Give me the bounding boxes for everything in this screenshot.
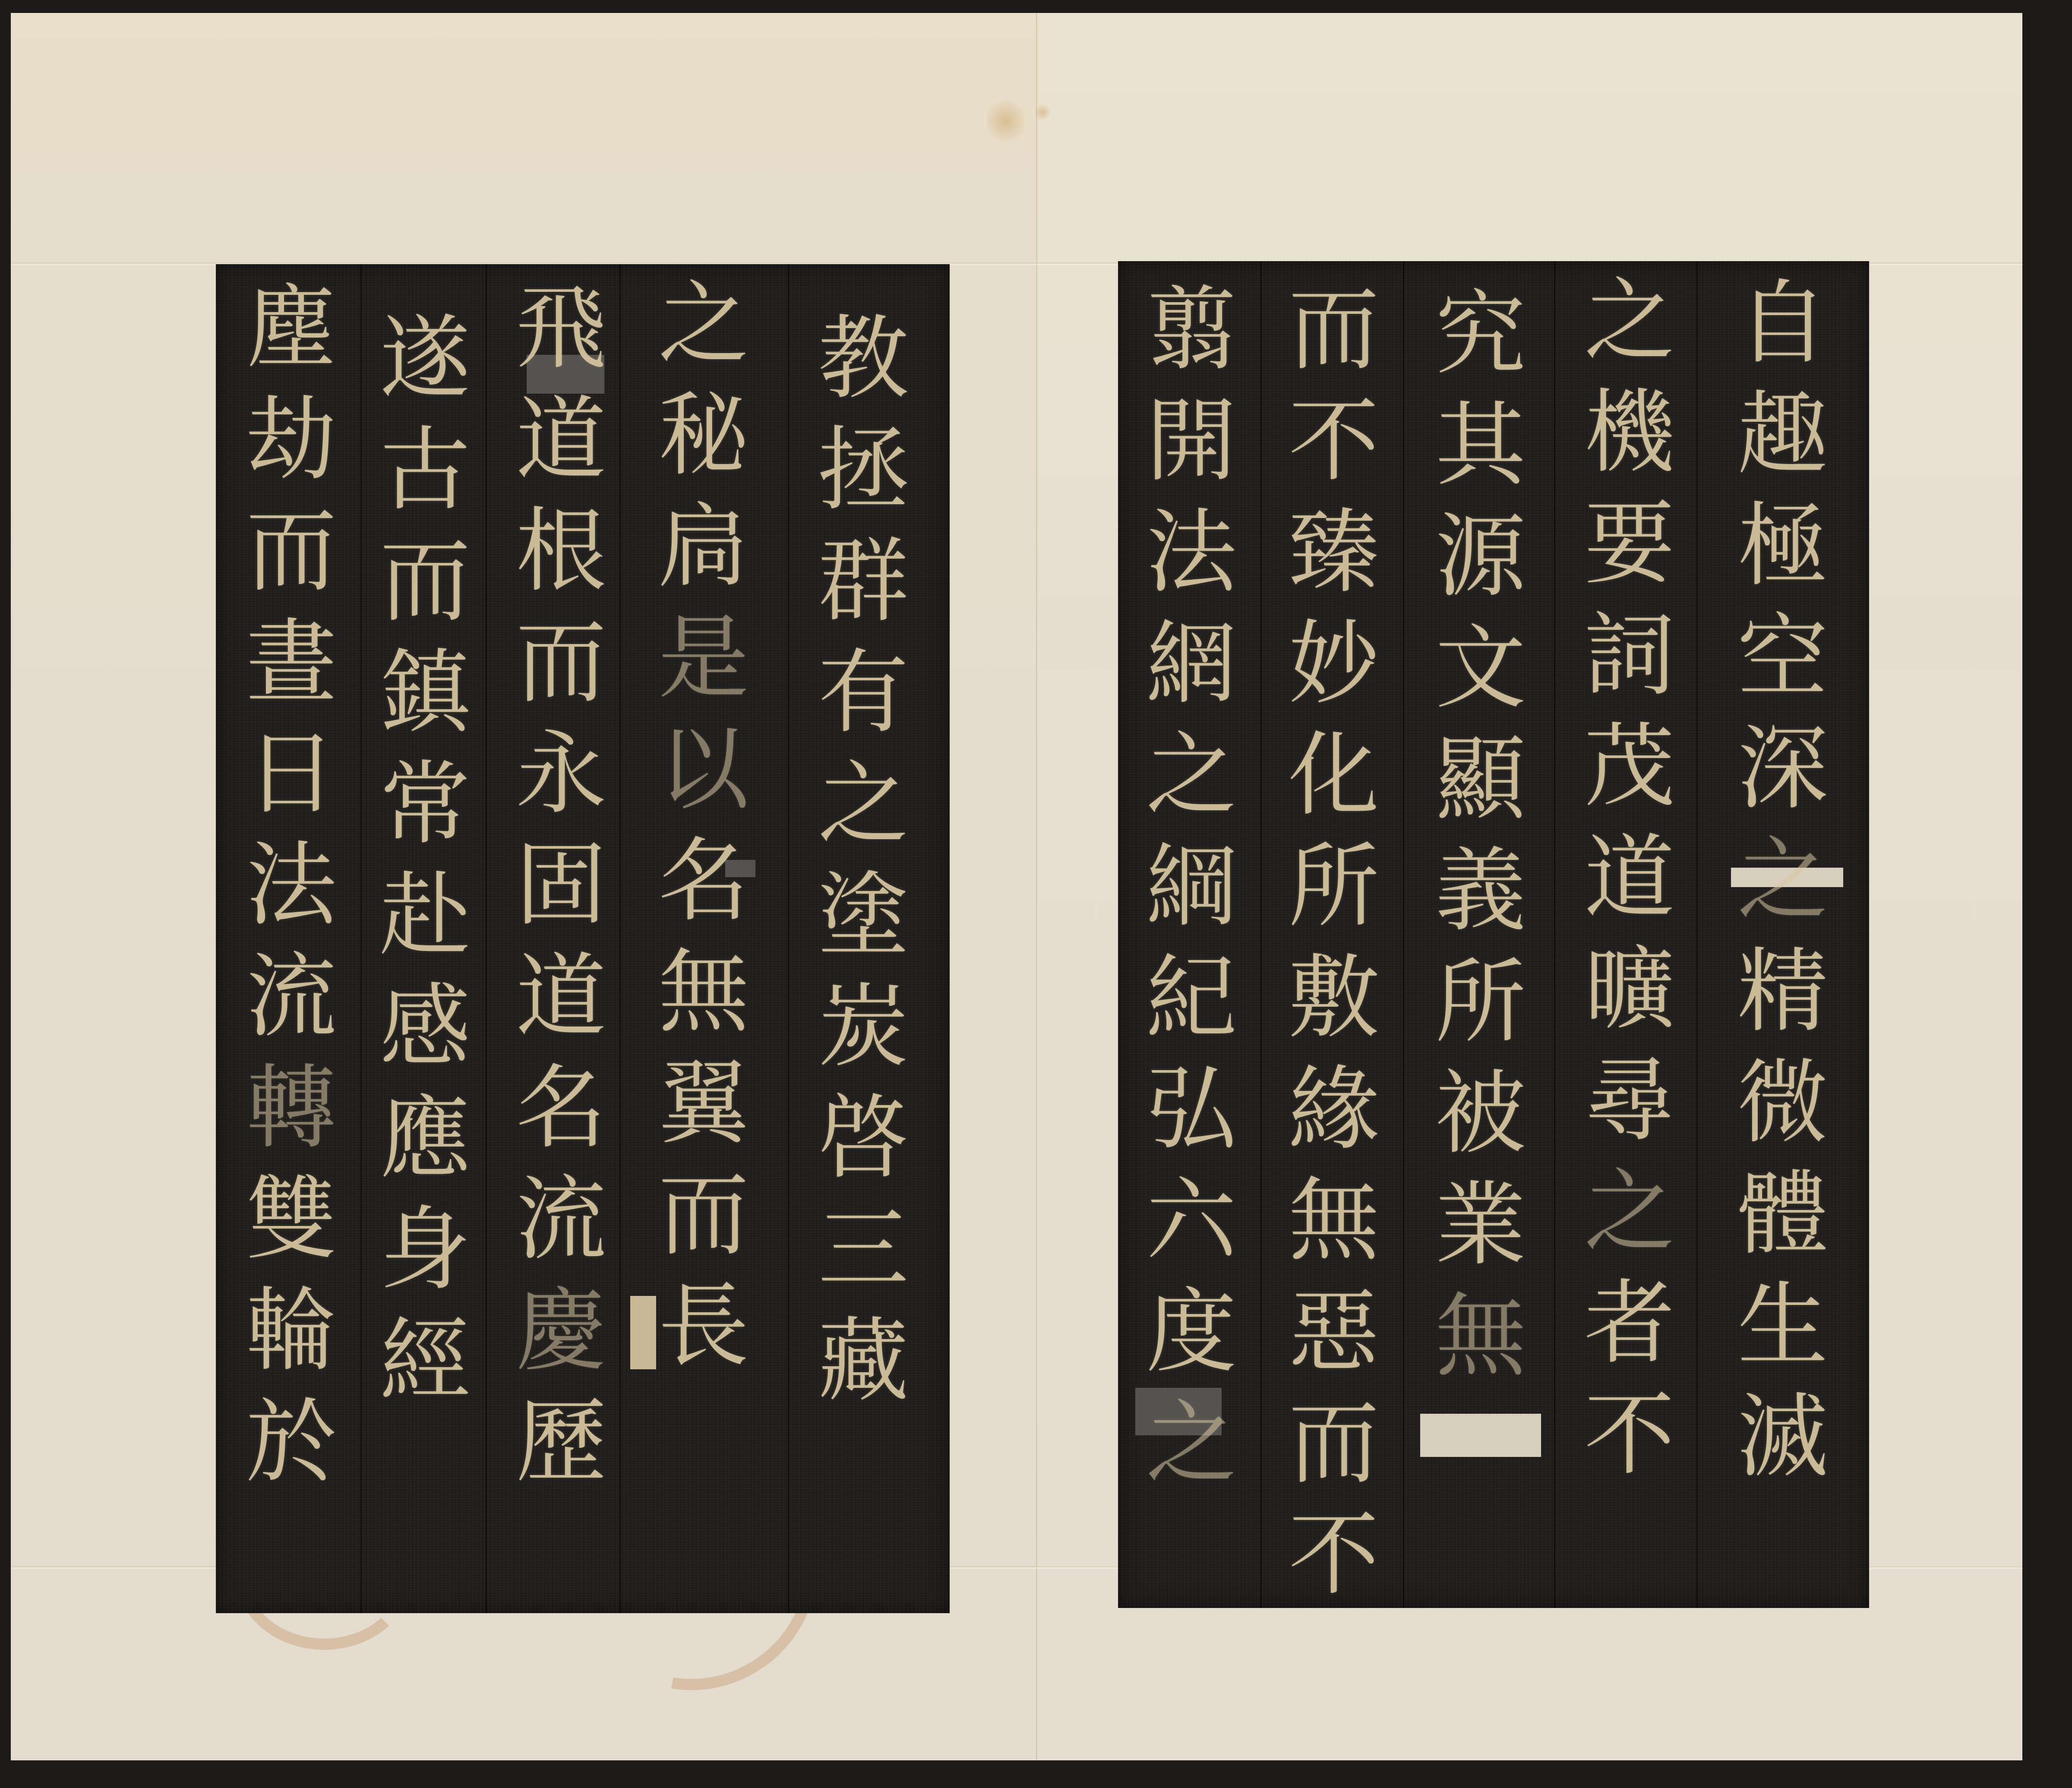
character: 網	[1146, 608, 1237, 720]
strip-seam	[788, 264, 789, 1613]
left-column-4: 遂 古 而 鎮 常 赴 感 應 身 經	[363, 264, 488, 1613]
character: 自	[1737, 268, 1828, 379]
character: 惡	[1289, 1276, 1379, 1388]
character: 敷	[1289, 942, 1379, 1054]
character: 無	[1289, 1165, 1379, 1276]
character: 是	[658, 603, 749, 714]
character: 三	[818, 1194, 909, 1305]
character: 流	[516, 1164, 606, 1275]
character: 度	[1146, 1276, 1237, 1388]
strip-seam	[1260, 261, 1262, 1608]
character: 翼	[658, 1048, 749, 1159]
character: 扃	[658, 491, 749, 603]
character: 轉	[246, 1052, 337, 1164]
character: 之	[1146, 1388, 1237, 1499]
right-rubbing-panel: 自 趣 極 空 深 之 精 微 體 生 滅 之 機 要 詞 茂 道 曠 尋 之 …	[1118, 261, 1869, 1608]
character: 雙	[246, 1164, 337, 1275]
character: 而	[658, 1159, 749, 1271]
strip-seam	[1403, 261, 1404, 1608]
right-column-1: 自 趣 極 空 深 之 精 微 體 生 滅	[1705, 261, 1860, 1608]
character: 固	[516, 830, 606, 941]
character: 不	[1584, 1379, 1675, 1491]
character: 被	[1435, 1058, 1526, 1169]
left-column-3: 飛 道 根 而 永 固 道 名 流 慶 歷	[496, 264, 626, 1613]
character: 無	[658, 937, 749, 1048]
character: 精	[1737, 936, 1828, 1047]
character: 弘	[1146, 1054, 1237, 1165]
character: 之	[1737, 825, 1828, 936]
character: 赴	[380, 860, 471, 971]
left-column-2: 之 秘 扃 是 以 名 無 翼 而 長	[630, 264, 777, 1613]
character: 詞	[1584, 600, 1675, 711]
character: 道	[516, 384, 606, 496]
character: 輪	[246, 1275, 337, 1387]
character: 微	[1737, 1047, 1828, 1159]
character: 於	[246, 1387, 337, 1498]
character: 應	[380, 1083, 471, 1194]
character: 教	[818, 303, 909, 414]
character: 身	[380, 1194, 471, 1305]
left-column-5: 塵 劫 而 晝 日 法 流 轉 雙 輪 於	[229, 264, 354, 1613]
character: 妙	[1289, 608, 1379, 720]
character: 有	[818, 637, 909, 749]
character: 而	[246, 496, 337, 607]
center-crease	[1036, 13, 1037, 1760]
character: 飛	[516, 273, 606, 384]
character: 所	[1289, 831, 1379, 942]
strip-seam	[360, 264, 362, 1613]
character: 名	[658, 825, 749, 937]
character: 拯	[818, 414, 909, 526]
character: 翦	[1146, 274, 1237, 385]
character: 之	[658, 269, 749, 380]
character: 體	[1737, 1159, 1828, 1270]
character: 化	[1289, 720, 1379, 831]
right-column-3: 究 其 源 文 顯 義 所 被 業 無	[1412, 261, 1550, 1608]
character: 者	[1584, 1268, 1675, 1379]
strip-seam	[1696, 261, 1698, 1608]
character: 而	[1289, 274, 1379, 385]
character: 晝	[246, 607, 337, 718]
strip-seam	[1554, 261, 1555, 1608]
character: 生	[1737, 1270, 1828, 1381]
character: 其	[1435, 390, 1526, 501]
character: 源	[1435, 501, 1526, 613]
character: 常	[380, 749, 471, 860]
character: 永	[516, 718, 606, 830]
character: 流	[246, 941, 337, 1052]
character: 炭	[818, 971, 909, 1083]
character: 尋	[1584, 1045, 1675, 1156]
character: 塗	[818, 860, 909, 971]
character: 名	[516, 1052, 606, 1164]
character: 根	[516, 496, 606, 607]
character: 藏	[818, 1305, 909, 1417]
character: 而	[380, 526, 471, 637]
right-column-2: 之 機 要 詞 茂 道 曠 尋 之 者 不	[1563, 261, 1696, 1608]
character: 之	[1584, 265, 1675, 377]
left-column-1: 教 拯 群 有 之 塗 炭 啓 三 藏	[790, 264, 937, 1613]
character: 茂	[1584, 711, 1675, 822]
character: 以	[658, 714, 749, 825]
character: 之	[1146, 720, 1237, 831]
character: 曠	[1584, 934, 1675, 1045]
character: 趣	[1737, 379, 1828, 490]
character: 六	[1146, 1165, 1237, 1276]
character: 法	[246, 830, 337, 941]
character: 劫	[246, 384, 337, 496]
character: 臻	[1289, 497, 1379, 608]
character: 秘	[658, 380, 749, 491]
character: 顯	[1435, 724, 1526, 835]
character: 群	[818, 526, 909, 637]
character: 而	[1289, 1388, 1379, 1499]
character: 啓	[818, 1083, 909, 1194]
character: 滅	[1737, 1381, 1828, 1493]
character: 遂	[380, 303, 471, 414]
character: 究	[1435, 278, 1526, 390]
character: 業	[1435, 1169, 1526, 1281]
character: 道	[1584, 822, 1675, 934]
character: 古	[380, 414, 471, 526]
character: 經	[380, 1305, 471, 1417]
character: 極	[1737, 490, 1828, 602]
character: 道	[516, 941, 606, 1052]
character: 無	[1435, 1281, 1526, 1392]
left-rubbing-panel: 教 拯 群 有 之 塗 炭 啓 三 藏 之 秘 扃 是 以 名 無 翼 而 長 …	[216, 264, 950, 1613]
character: 開	[1146, 385, 1237, 497]
character: 歷	[516, 1387, 606, 1498]
character: 不	[1289, 1499, 1379, 1608]
character: 要	[1584, 488, 1675, 600]
character: 紀	[1146, 942, 1237, 1054]
right-column-4: 而 不 臻 妙 化 所 敷 緣 無 惡 而 不	[1267, 261, 1401, 1608]
character: 不	[1289, 385, 1379, 497]
character: 長	[658, 1271, 749, 1382]
character: 之	[818, 749, 909, 860]
character: 法	[1146, 497, 1237, 608]
character: 文	[1435, 613, 1526, 724]
character: 機	[1584, 377, 1675, 488]
character: 鎮	[380, 637, 471, 749]
foxing-stain	[986, 95, 1025, 147]
character: 而	[516, 607, 606, 718]
album-spread: 教 拯 群 有 之 塗 炭 啓 三 藏 之 秘 扃 是 以 名 無 翼 而 長 …	[11, 13, 2022, 1760]
character: 日	[246, 718, 337, 830]
foxing-spot	[1034, 104, 1051, 121]
character: 深	[1737, 713, 1828, 825]
character: 之	[1584, 1156, 1675, 1268]
character: 空	[1737, 602, 1828, 713]
character: 塵	[246, 273, 337, 384]
character: 慶	[516, 1275, 606, 1387]
character: 綱	[1146, 831, 1237, 942]
right-column-5: 翦 開 法 網 之 綱 紀 弘 六 度 之	[1127, 261, 1256, 1608]
character: 緣	[1289, 1054, 1379, 1165]
character: 所	[1435, 947, 1526, 1058]
character: 感	[380, 971, 471, 1083]
character: 義	[1435, 835, 1526, 947]
